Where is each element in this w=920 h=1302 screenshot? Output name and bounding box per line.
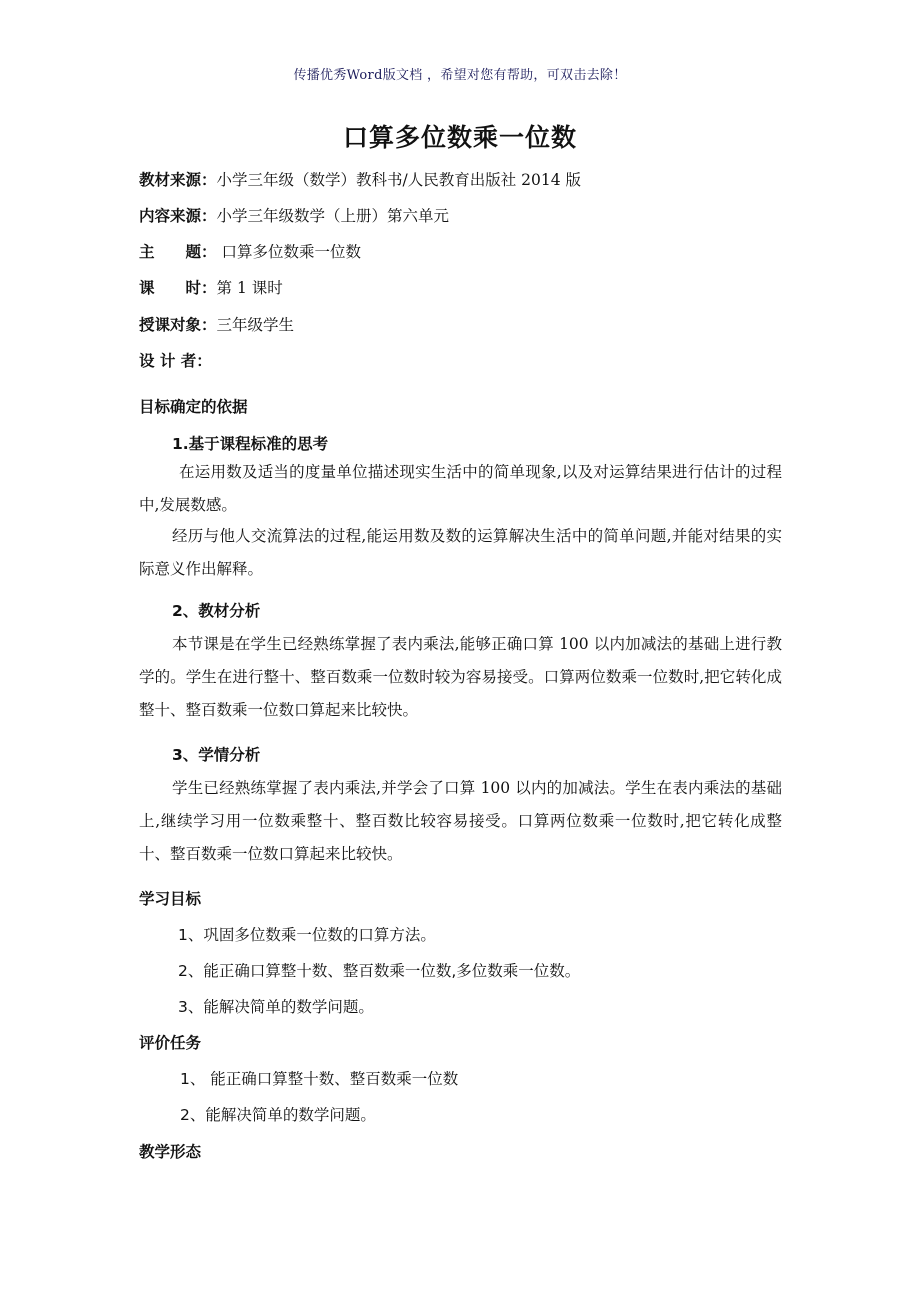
meta-value: 三年级学生 [217,316,295,334]
section-heading-evaluation: 评价任务 [139,1031,201,1053]
meta-value: 小学三年级数学（上册）第六单元 [217,207,450,225]
document-page: 传播优秀Word版文档 ，希望对您有帮助，可双击去除！ 口算多位数乘一位数 教材… [0,0,920,1302]
subheading-textbook-analysis: 2、教材分析 [172,599,260,621]
meta-label: 教材来源： [139,171,217,189]
meta-value: 小学三年级（数学）教科书/人民教育出版社 2014 版 [217,171,582,189]
evaluation-item: 2、能解决简单的数学问题。 [180,1103,376,1125]
meta-value: 口算多位数乘一位数 [217,243,361,261]
subheading-curriculum-standard: 1.基于课程标准的思考 [172,432,328,454]
meta-label: 课 时： [139,279,217,297]
meta-content-source: 内容来源：小学三年级数学（上册）第六单元 [139,204,449,226]
paragraph-curriculum-1: 在运用数及适当的度量单位描述现实生活中的简单现象,以及对运算结果进行估计的过程中… [139,456,782,522]
evaluation-item: 1、 能正确口算整十数、整百数乘一位数 [180,1067,458,1089]
section-heading-goals: 学习目标 [139,887,201,909]
meta-value: 第 1 课时 [217,279,283,297]
paragraph-student-analysis: 学生已经熟练掌握了表内乘法,并学会了口算 100 以内的加减法。学生在表内乘法的… [139,772,782,871]
meta-designer: 设 计 者： [139,349,212,371]
meta-topic: 主 题： 口算多位数乘一位数 [139,240,361,262]
meta-label: 设 计 者： [139,352,212,370]
meta-textbook-source: 教材来源：小学三年级（数学）教科书/人民教育出版社 2014 版 [139,168,581,190]
meta-label: 授课对象： [139,316,217,334]
document-title: 口算多位数乘一位数 [0,118,920,154]
meta-label: 主 题： [139,243,217,261]
meta-lesson-period: 课 时：第 1 课时 [139,276,283,298]
meta-label: 内容来源： [139,207,217,225]
paragraph-curriculum-2: 经历与他人交流算法的过程,能运用数及数的运算解决生活中的简单问题,并能对结果的实… [139,520,782,586]
subheading-student-analysis: 3、学情分析 [172,743,260,765]
section-heading-teaching-form: 教学形态 [139,1140,201,1162]
goal-item: 3、能解决简单的数学问题。 [178,995,374,1017]
goal-item: 2、能正确口算整十数、整百数乘一位数,多位数乘一位数。 [178,959,580,981]
paragraph-textbook-analysis: 本节课是在学生已经熟练掌握了表内乘法,能够正确口算 100 以内加减法的基础上进… [139,628,782,727]
meta-audience: 授课对象：三年级学生 [139,313,294,335]
goal-item: 1、巩固多位数乘一位数的口算方法。 [178,923,436,945]
header-note: 传播优秀Word版文档 ，希望对您有帮助，可双击去除！ [0,64,920,83]
section-heading-basis: 目标确定的依据 [139,395,248,417]
